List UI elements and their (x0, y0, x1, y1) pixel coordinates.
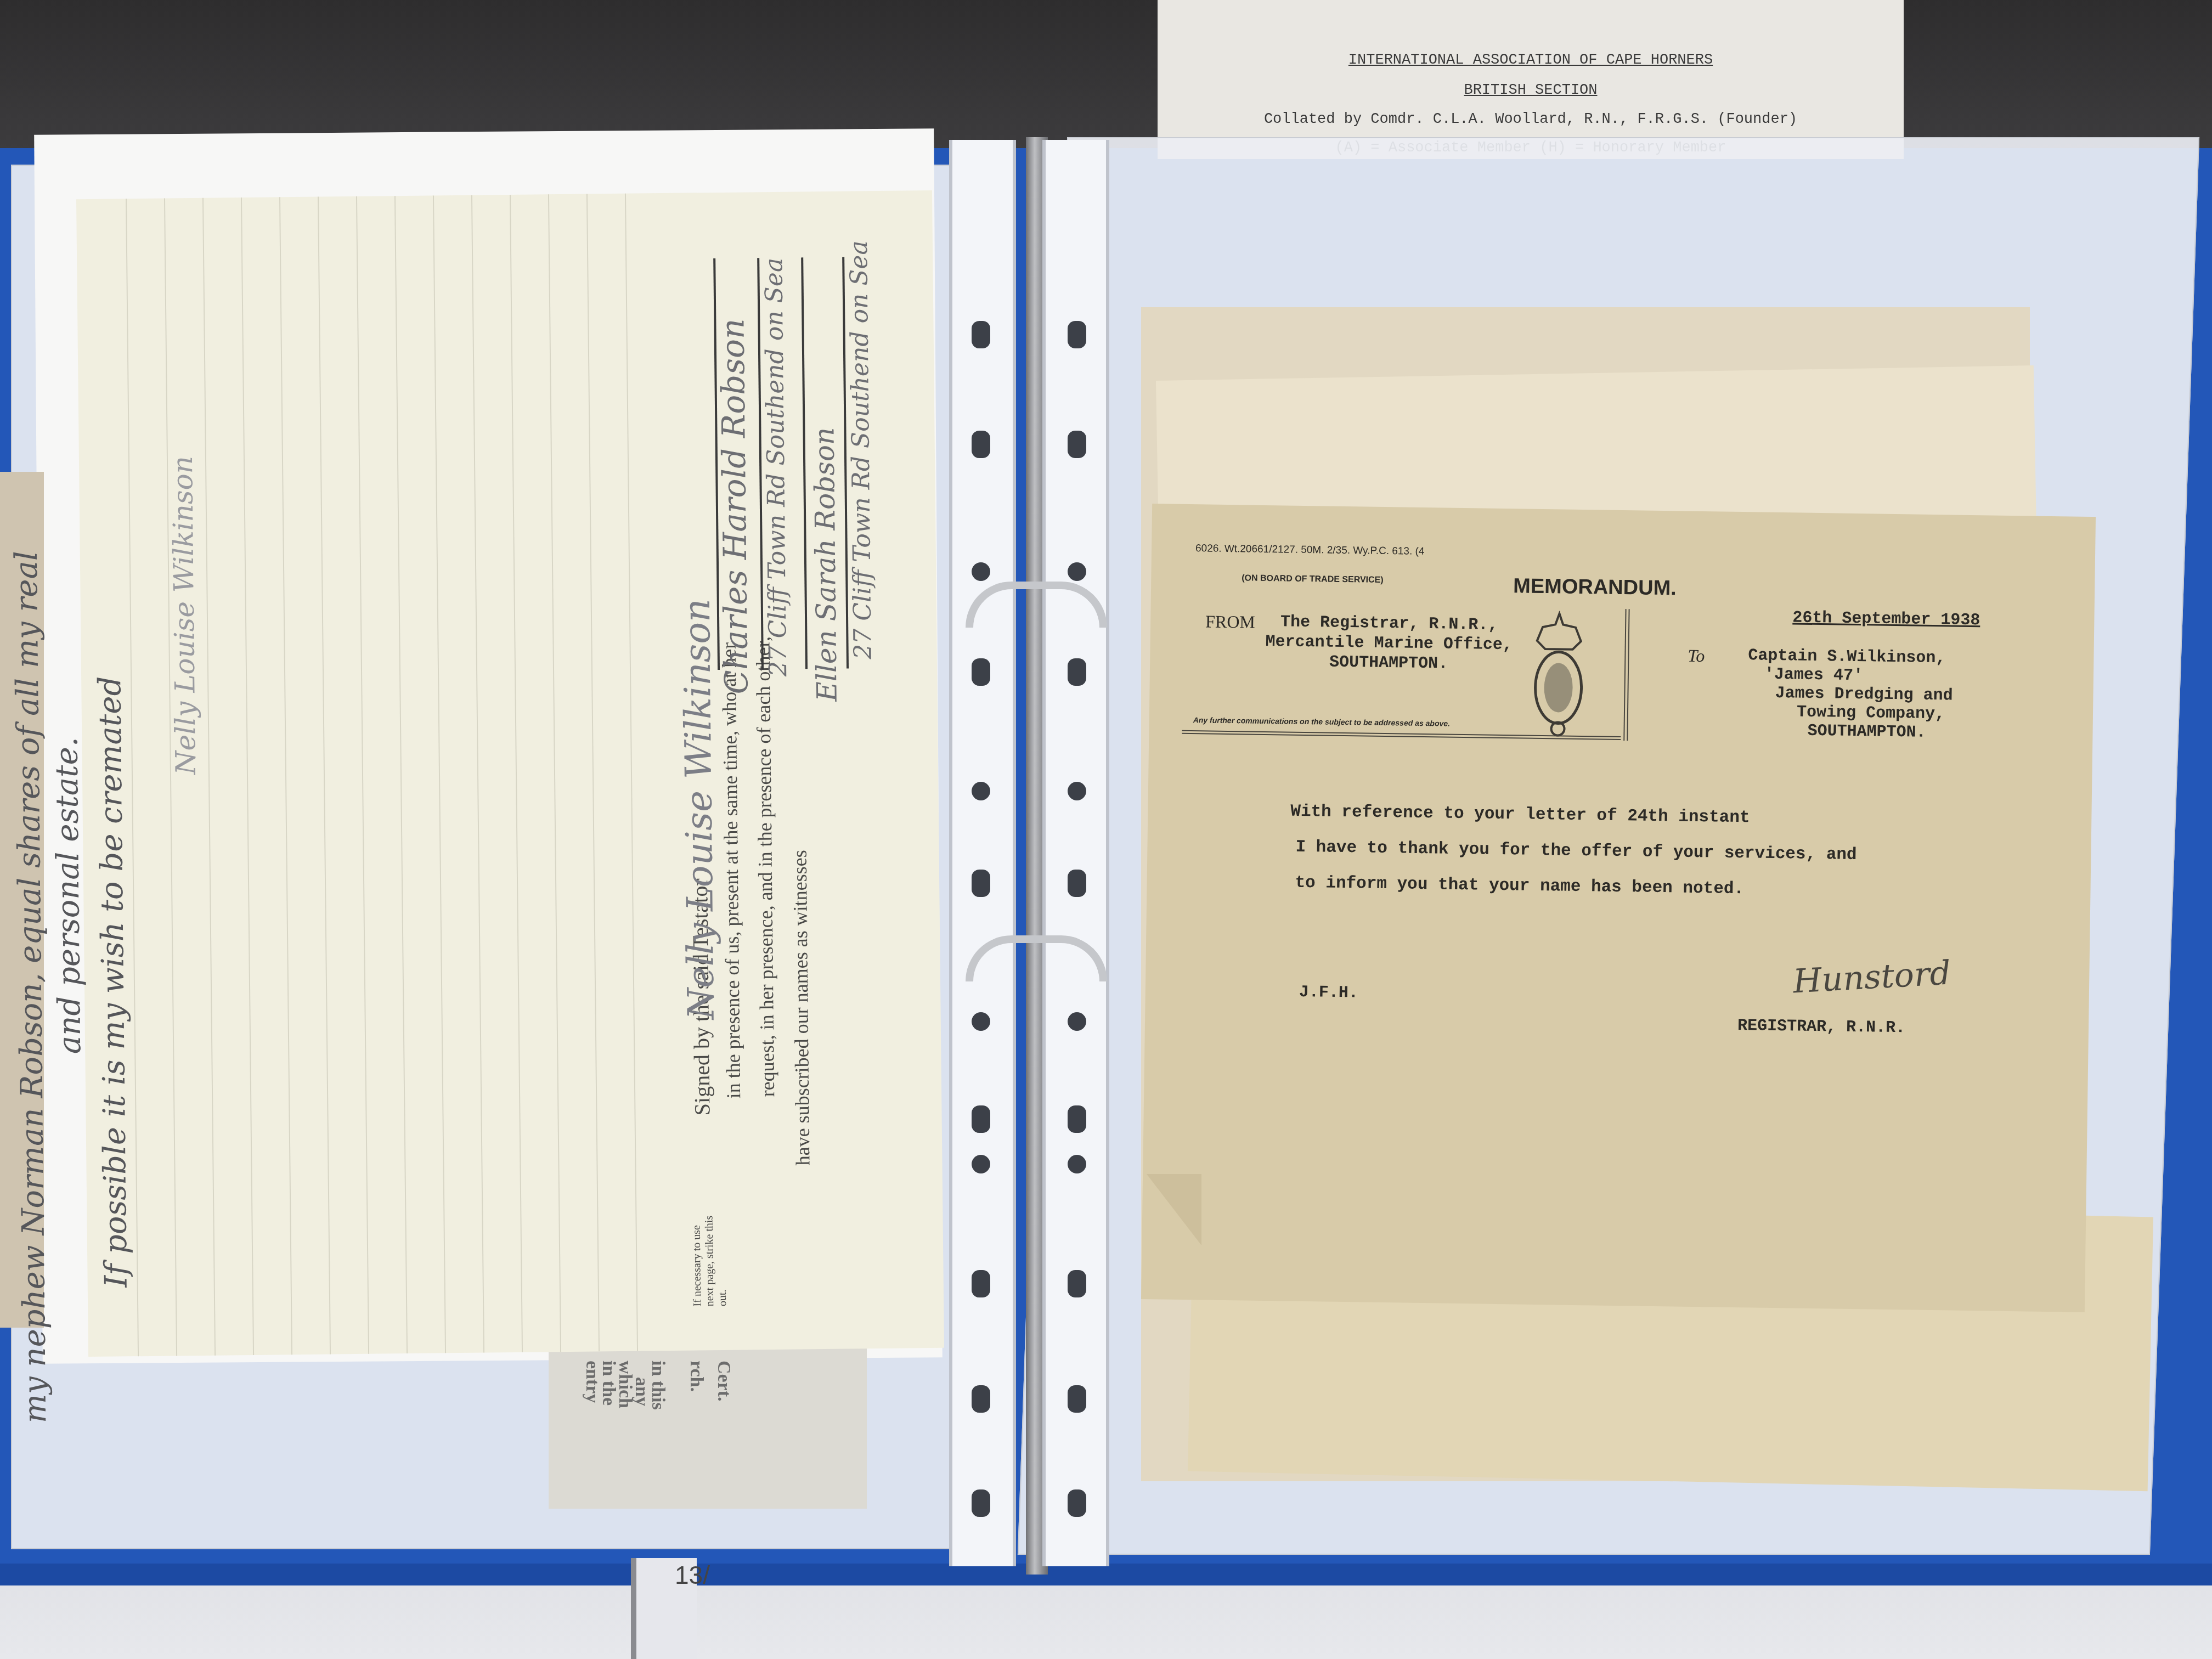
memo-to-line: Towing Company, (1747, 702, 1953, 724)
memo-initials: J.F.H. (1299, 983, 1358, 1003)
cape-horners-subtitle: BRITISH SECTION (1158, 82, 1904, 99)
attestation-line: have subscribed our names as witnesses (788, 850, 814, 1165)
testator-signature: Nelly Louise Wilkinson (676, 599, 723, 1020)
board-of-trade-memorandum: 6026. Wt.20661/2127. 50M. 2/35. Wy.P.C. … (1141, 504, 2096, 1312)
spine-label: 13/ (631, 1558, 697, 1659)
memo-body-line: to inform you that your name has been no… (1295, 873, 1744, 899)
binder-ring-top[interactable] (966, 582, 1107, 628)
memo-from-line: SOUTHAMPTON. (1265, 652, 1513, 675)
memo-footnote: Any further communications on the subjec… (1193, 715, 1451, 728)
cape-horners-title: INTERNATIONAL ASSOCIATION OF CAPE HORNER… (1158, 52, 1904, 69)
certificate-fragment: Cert. rch. in this any which in the entr… (549, 1344, 867, 1509)
will-attestation-form: my nephew Norman Robson, equal shares of… (76, 190, 944, 1357)
attestation-line: request, in her presence, and in the pre… (751, 636, 779, 1097)
memo-body-line: With reference to your letter of 24th in… (1290, 802, 1750, 828)
spine-label-text: 13/ (675, 1560, 710, 1590)
board-of-trade-crest-icon (1527, 611, 1589, 738)
memo-to-line: James Dredging and (1747, 684, 1953, 705)
memo-heading: MEMORANDUM. (1513, 574, 1677, 600)
cert-line: entry (582, 1361, 602, 1403)
memo-to-label: To (1688, 646, 1705, 666)
memo-to-block: Captain S.Wilkinson, 'James 47' James Dr… (1747, 646, 1953, 742)
right-punched-strip (1042, 140, 1109, 1566)
memo-from-label: FROM (1205, 611, 1255, 632)
cert-line: rch. (686, 1361, 707, 1392)
left-punched-strip (949, 140, 1016, 1566)
memo-body-line: I have to thank you for the offer of you… (1295, 838, 1857, 865)
memo-from-line: Mercantile Marine Office, (1265, 632, 1513, 655)
memo-to-line: 'James 47' (1748, 665, 1954, 686)
witness-2-address: 27 Cliff Town Rd Southend on Sea (845, 240, 877, 659)
witness-1-address: 27 Cliff Town Rd Southend on Sea (760, 258, 792, 677)
cert-line: Cert. (713, 1361, 734, 1402)
memo-to-line: SOUTHAMPTON. (1747, 721, 1953, 742)
witness-1-name: Charles Harold Robson (714, 318, 755, 694)
memo-from-line: The Registrar, R.N.R., (1266, 612, 1513, 635)
memo-to-line: Captain S.Wilkinson, (1748, 646, 1954, 668)
memo-signatory: REGISTRAR, R.N.R. (1737, 1017, 1906, 1037)
witness-2-name: Ellen Sarah Robson (808, 427, 843, 702)
memo-service-line: (ON BOARD OF TRADE SERVICE) (1242, 573, 1384, 585)
margin-note: If necessary to use next page, strike th… (690, 1212, 752, 1306)
memo-form-code: 6026. Wt.20661/2127. 50M. 2/35. Wy.P.C. … (1195, 543, 1425, 558)
handwritten-signature: Nelly Louise Wilkinson (167, 456, 202, 775)
cape-horners-document: INTERNATIONAL ASSOCIATION OF CAPE HORNER… (1158, 0, 1904, 159)
handwritten-line: If possible it is my wish to be cremated (92, 676, 134, 1288)
memo-date: 26th September 1938 (1792, 608, 1980, 630)
memo-from-block: The Registrar, R.N.R., Mercantile Marine… (1265, 612, 1513, 675)
attestation-line: in the presence of us, present at the sa… (718, 642, 746, 1099)
binder-ring-bottom[interactable] (966, 935, 1107, 981)
memo-signature: Hunstord (1792, 953, 1952, 1001)
handwritten-line: and personal estate. (49, 737, 88, 1054)
cape-horners-collated-by: Collated by Comdr. C.L.A. Woollard, R.N.… (1158, 111, 1904, 128)
